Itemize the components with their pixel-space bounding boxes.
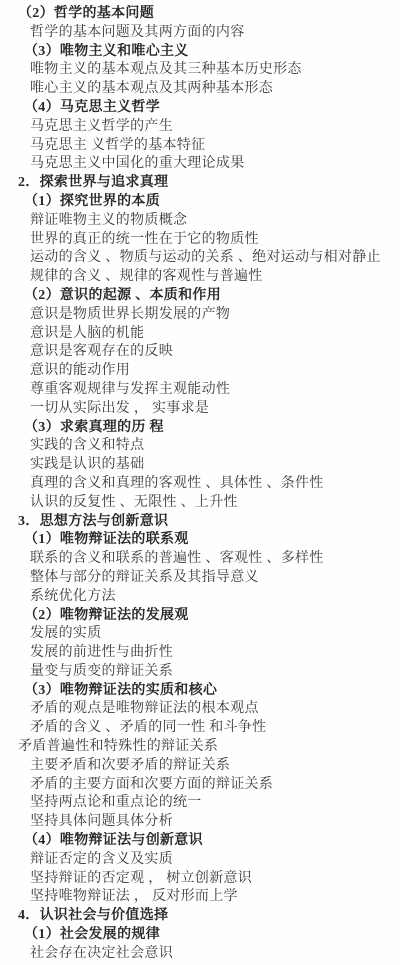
outline-item: 辩证唯物主义的物质概念 — [0, 212, 400, 231]
outline-item: 坚持唯物辩证法 ， 反对形而上学 — [0, 888, 400, 907]
outline-item: 唯心主义的基本观点及其两种基本形态 — [0, 80, 400, 99]
outline-heading: （1）社会发展的规律 — [0, 926, 400, 945]
outline-item: 意识是物质世界长期发展的产物 — [0, 306, 400, 325]
outline-heading: 4．认识社会与价值选择 — [0, 907, 400, 926]
outline-item: 量变与质变的辩证关系 — [0, 663, 400, 682]
outline-item: 真理的含义和真理的客观性 、具体性 、条件性 — [0, 475, 400, 494]
outline-heading: （2）哲学的基本问题 — [0, 5, 400, 24]
outline-item: 一切从实际出发 ， 实事求是 — [0, 400, 400, 419]
outline-item: 认识的反复性 、无限性 、上升性 — [0, 494, 400, 513]
outline-item: 尊重客观规律与发挥主观能动性 — [0, 381, 400, 400]
outline-heading: （2）意识的起源 、本质和作用 — [0, 287, 400, 306]
document-page: （2）哲学的基本问题哲学的基本问题及其两方面的内容（3）唯物主义和唯心主义唯物主… — [0, 0, 400, 965]
outline-item: 矛盾的主要方面和次要方面的辩证关系 — [0, 776, 400, 795]
outline-item: 世界的真正的统一性在于它的物质性 — [0, 231, 400, 250]
outline-item: 意识是人脑的机能 — [0, 325, 400, 344]
outline-item: 唯物主义的基本观点及其三种基本历史形态 — [0, 61, 400, 80]
outline-heading: （1）探究世界的本质 — [0, 193, 400, 212]
outline-item: 马克思主义中国化的重大理论成果 — [0, 155, 400, 174]
outline-item: 实践是认识的基础 — [0, 456, 400, 475]
outline-heading: （3）唯物主义和唯心主义 — [0, 43, 400, 62]
outline-item: 发展的实质 — [0, 625, 400, 644]
outline-heading: （3）唯物辩证法的实质和核心 — [0, 682, 400, 701]
outline-item: 发展的前进性与曲折性 — [0, 644, 400, 663]
outline-item: 运动的含义 、物质与运动的关系 、绝对运动与相对静止 — [0, 249, 400, 268]
outline-item: 规律的含义 、规律的客观性与普遍性 — [0, 268, 400, 287]
outline-item: 整体与部分的辩证关系及其指导意义 — [0, 569, 400, 588]
outline-heading: （4）马克思主义哲学 — [0, 99, 400, 118]
outline-item: 意识是客观存在的反映 — [0, 343, 400, 362]
outline-heading: （4）唯物辩证法与创新意识 — [0, 832, 400, 851]
outline-item: 矛盾普遍性和特殊性的辩证关系 — [0, 738, 400, 757]
outline-item: 坚持辩证的否定观 ， 树立创新意识 — [0, 870, 400, 889]
outline-item: 坚持具体问题具体分析 — [0, 813, 400, 832]
outline-item: 坚持两点论和重点论的统一 — [0, 794, 400, 813]
outline-heading: 3．思想方法与创新意识 — [0, 513, 400, 532]
outline-item: 马克思主 义哲学的基本特征 — [0, 137, 400, 156]
outline-item: 矛盾的观点是唯物辩证法的根本观点 — [0, 700, 400, 719]
outline-item: 社会存在决定社会意识 — [0, 945, 400, 964]
outline-list: （2）哲学的基本问题哲学的基本问题及其两方面的内容（3）唯物主义和唯心主义唯物主… — [0, 5, 400, 964]
outline-item: 马克思主义哲学的产生 — [0, 118, 400, 137]
outline-item: 矛盾的含义 、矛盾的同一性 和斗争性 — [0, 719, 400, 738]
outline-heading: 2．探索世界与追求真理 — [0, 174, 400, 193]
outline-item: 哲学的基本问题及其两方面的内容 — [0, 24, 400, 43]
outline-item: 意识的能动作用 — [0, 362, 400, 381]
outline-item: 实践的含义和特点 — [0, 437, 400, 456]
outline-item: 系统优化方法 — [0, 588, 400, 607]
outline-heading: （3）求索真理的历 程 — [0, 419, 400, 438]
page: { "page": { "background": "#fefefe", "te… — [0, 0, 400, 965]
outline-item: 辩证否定的含义及实质 — [0, 851, 400, 870]
outline-item: 主要矛盾和次要矛盾的辩证关系 — [0, 757, 400, 776]
outline-heading: （2）唯物辩证法的发展观 — [0, 607, 400, 626]
outline-heading: （1）唯物辩证法的联系观 — [0, 531, 400, 550]
outline-item: 联系的含义和联系的普遍性 、客观性 、多样性 — [0, 550, 400, 569]
